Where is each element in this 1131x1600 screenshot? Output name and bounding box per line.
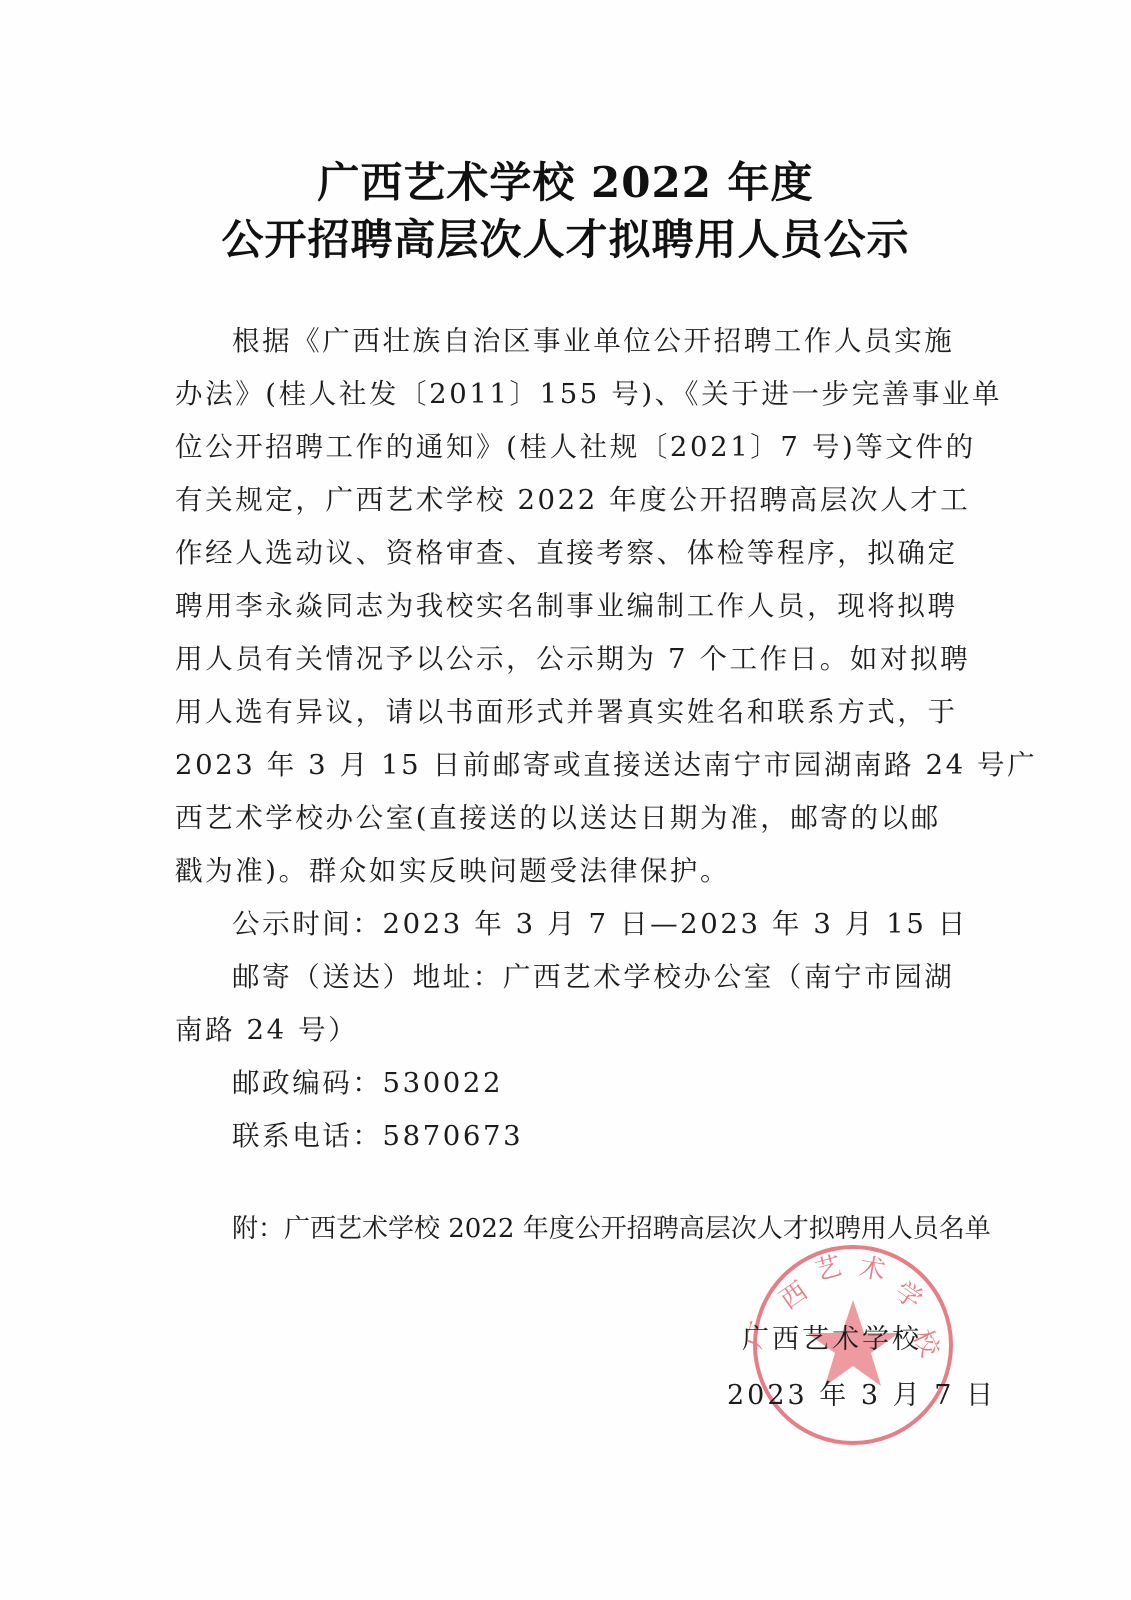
body-line: 用人选有异议，请以书面形式并署真实姓名和联系方式，于: [175, 689, 958, 729]
publicity-period: 公示时间：2023 年 3 月 7 日—2023 年 3 月 15 日: [232, 901, 968, 941]
body-line: 2023 年 3 月 15 日前邮寄或直接送达南宁市园湖南路 24 号广: [175, 742, 1037, 782]
svg-text:西: 西: [775, 1276, 814, 1315]
svg-text:术: 术: [857, 1252, 888, 1286]
mailing-address-line-1: 邮寄（送达）地址：广西艺术学校办公室（南宁市园湖: [232, 954, 954, 994]
svg-text:学: 学: [889, 1276, 928, 1315]
body-line: 用人员有关情况予以公示，公示期为 7 个工作日。如对拟聘: [175, 636, 970, 676]
document-title-line-1: 广西艺术学校 2022 年度: [0, 150, 1131, 210]
postal-code: 邮政编码：530022: [232, 1060, 503, 1100]
mailing-address-line-2: 南路 24 号）: [175, 1007, 358, 1047]
document-page: 广西艺术学校 2022 年度 公开招聘高层次人才拟聘用人员公示 根据《广西壮族自…: [0, 0, 1131, 1600]
body-line: 戳为准)。群众如实反映问题受法律保护。: [175, 848, 730, 888]
body-line: 根据《广西壮族自治区事业单位公开招聘工作人员实施: [232, 318, 954, 358]
contact-phone: 联系电话：5870673: [232, 1113, 523, 1153]
body-line: 办法》(桂人社发〔2011〕155 号)、《关于进一步完善事业单: [175, 371, 1002, 411]
body-line: 聘用李永焱同志为我校实名制事业编制工作人员，现将拟聘: [175, 583, 958, 623]
body-line: 作经人选动议、资格审查、直接考察、体检等程序，拟确定: [175, 530, 958, 570]
body-line: 位公开招聘工作的通知》(桂人社规〔2021〕7 号)等文件的: [175, 424, 976, 464]
svg-text:艺: 艺: [812, 1251, 845, 1287]
body-line: 有关规定，广西艺术学校 2022 年度公开招聘高层次人才工: [175, 477, 970, 517]
document-title-line-2: 公开招聘高层次人才拟聘用人员公示: [0, 207, 1131, 267]
signature-organization: 广西艺术学校: [742, 1317, 922, 1356]
signature-date: 2023 年 3 月 7 日: [727, 1373, 996, 1412]
body-line: 西艺术学校办公室(直接送的以送达日期为准，邮寄的以邮: [175, 795, 941, 835]
